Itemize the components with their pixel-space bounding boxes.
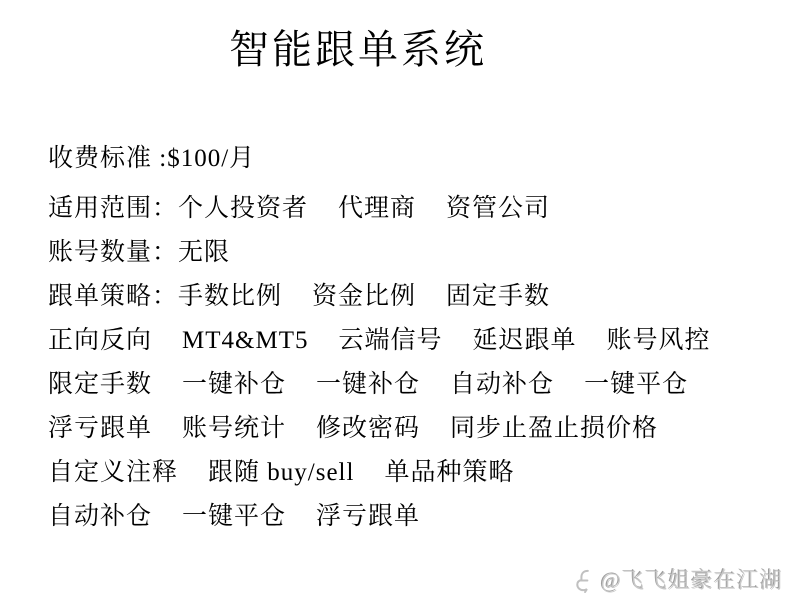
feature-item: 收费标准 :$100/月 [48, 146, 255, 172]
feature-line: 自定义注释跟随 buy/sell单品种策略 [48, 460, 768, 486]
feature-list: 收费标准 :$100/月适用范围：个人投资者代理商资管公司账号数量：无限跟单策略… [48, 146, 768, 530]
feature-item: 资管公司 [446, 196, 550, 222]
feature-item: 浮亏跟单 [316, 504, 420, 530]
feature-item: 自定义注释 [48, 460, 178, 486]
feature-line: 自动补仓一键平仓浮亏跟单 [48, 504, 768, 530]
feature-item: 云端信号 [338, 328, 442, 354]
watermark: @飞飞姐豪在江湖 [575, 569, 783, 593]
feature-item: 同步止盈止损价格 [450, 416, 658, 442]
feature-line: 账号数量：无限 [48, 240, 768, 266]
feature-item: 资金比例 [312, 284, 416, 310]
feature-item: 自动补仓 [450, 372, 554, 398]
page-title: 智能跟单系统 [0, 0, 788, 74]
feature-item: 固定手数 [446, 284, 550, 310]
feature-line: 浮亏跟单账号统计修改密码同步止盈止损价格 [48, 416, 768, 442]
feature-item: 跟单策略：手数比例 [48, 284, 282, 310]
feature-item: 修改密码 [316, 416, 420, 442]
feature-item: 限定手数 [48, 372, 152, 398]
feature-item: 一键补仓 [182, 372, 286, 398]
watermark-text: @飞飞姐豪在江湖 [601, 570, 783, 592]
feature-line: 限定手数一键补仓一键补仓自动补仓一键平仓 [48, 372, 768, 398]
feature-item: 一键平仓 [584, 372, 688, 398]
feature-item: MT4&MT5 [182, 328, 308, 354]
flipchat-logo-icon [575, 569, 597, 593]
feature-line: 正向反向MT4&MT5云端信号延迟跟单账号风控 [48, 328, 768, 354]
feature-item: 正向反向 [48, 328, 152, 354]
feature-item: 适用范围：个人投资者 [48, 196, 308, 222]
feature-item: 一键补仓 [316, 372, 420, 398]
feature-item: 单品种策略 [384, 460, 514, 486]
feature-line: 适用范围：个人投资者代理商资管公司 [48, 196, 768, 222]
feature-item: 账号数量：无限 [48, 240, 230, 266]
feature-item: 代理商 [338, 196, 416, 222]
feature-item: 浮亏跟单 [48, 416, 152, 442]
feature-line: 跟单策略：手数比例资金比例固定手数 [48, 284, 768, 310]
feature-item: 跟随 buy/sell [208, 460, 354, 486]
slide-page: 智能跟单系统 收费标准 :$100/月适用范围：个人投资者代理商资管公司账号数量… [0, 0, 788, 605]
feature-item: 账号风控 [607, 328, 711, 354]
feature-line: 收费标准 :$100/月 [48, 146, 768, 172]
feature-item: 延迟跟单 [472, 328, 576, 354]
feature-item: 账号统计 [182, 416, 286, 442]
feature-item: 一键平仓 [182, 504, 286, 530]
feature-item: 自动补仓 [48, 504, 152, 530]
